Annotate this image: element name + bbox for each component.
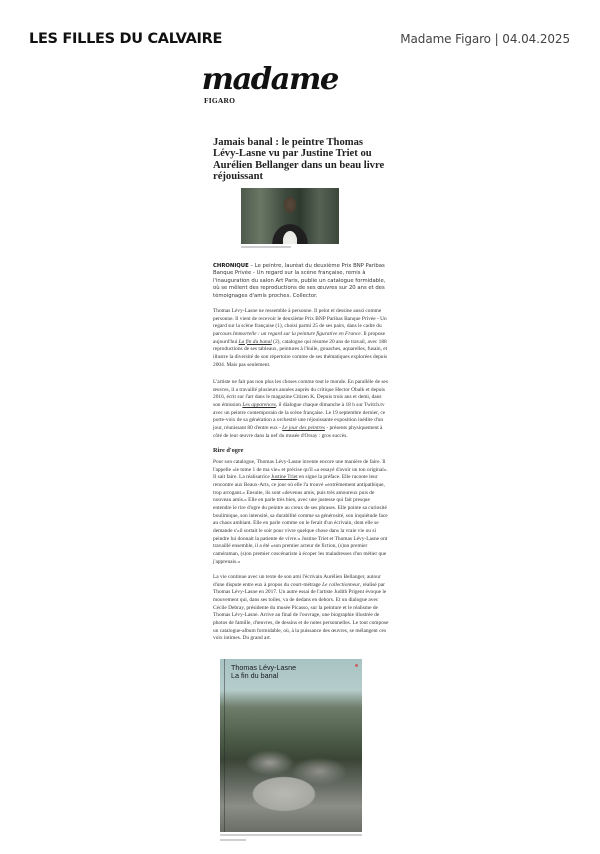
paragraph-1: Thomas Lévy-Lasne ne ressemble à personn… xyxy=(213,308,389,369)
show-link[interactable]: Les apparences xyxy=(242,402,276,408)
portrait-photo xyxy=(241,188,339,244)
book-title-link[interactable]: La fin du banal xyxy=(239,339,272,345)
book-cover-image: Thomas Lévy-Lasne La fin du banal xyxy=(220,659,362,832)
text: , réalisé par Thomas Lévy-Lasne en 2017.… xyxy=(213,582,388,642)
article-lead: CHRONIQUE – Le peintre, lauréat du deuxi… xyxy=(213,263,389,300)
book-caption xyxy=(220,834,362,844)
book-cover-title: Thomas Lévy-Lasne La fin du banal xyxy=(231,664,296,680)
book-spine xyxy=(224,659,225,832)
gallery-name: LES FILLES DU CALVAIRE xyxy=(29,31,222,47)
paragraph-4: La vie continue avec un texte de son ami… xyxy=(213,574,389,643)
lead-label: CHRONIQUE xyxy=(213,263,249,269)
article-headline: Jamais banal : le peintre Thomas Lévy-La… xyxy=(213,137,388,183)
event-link[interactable]: Le jour des peintres xyxy=(282,425,325,431)
book-title: La fin du banal xyxy=(231,672,296,680)
person-link[interactable]: Justine Triet xyxy=(271,474,298,480)
subheading: Rire d'ogre xyxy=(213,447,243,454)
cover-dot xyxy=(355,664,358,667)
italic-text: Immortelle : un regard sur la peinture f… xyxy=(233,331,361,337)
press-source-date: Madame Figaro | 04.04.2025 xyxy=(400,32,570,46)
article-header: Jamais banal : le peintre Thomas Lévy-La… xyxy=(213,137,388,183)
italic-text: Le collectionneur xyxy=(322,582,360,588)
photo-caption xyxy=(241,246,291,248)
paragraph-3: Pour son catalogue, Thomas Lévy-Lasne in… xyxy=(213,459,389,566)
paragraph-2: L'artiste ne fait pas non plus les chose… xyxy=(213,379,389,440)
logo-figaro: FIGARO xyxy=(204,96,235,105)
madame-figaro-logo: madame FIGARO xyxy=(203,72,323,112)
text: en signe la préface. Elle raconte leur r… xyxy=(213,474,388,564)
logo-script: madame xyxy=(202,62,338,97)
